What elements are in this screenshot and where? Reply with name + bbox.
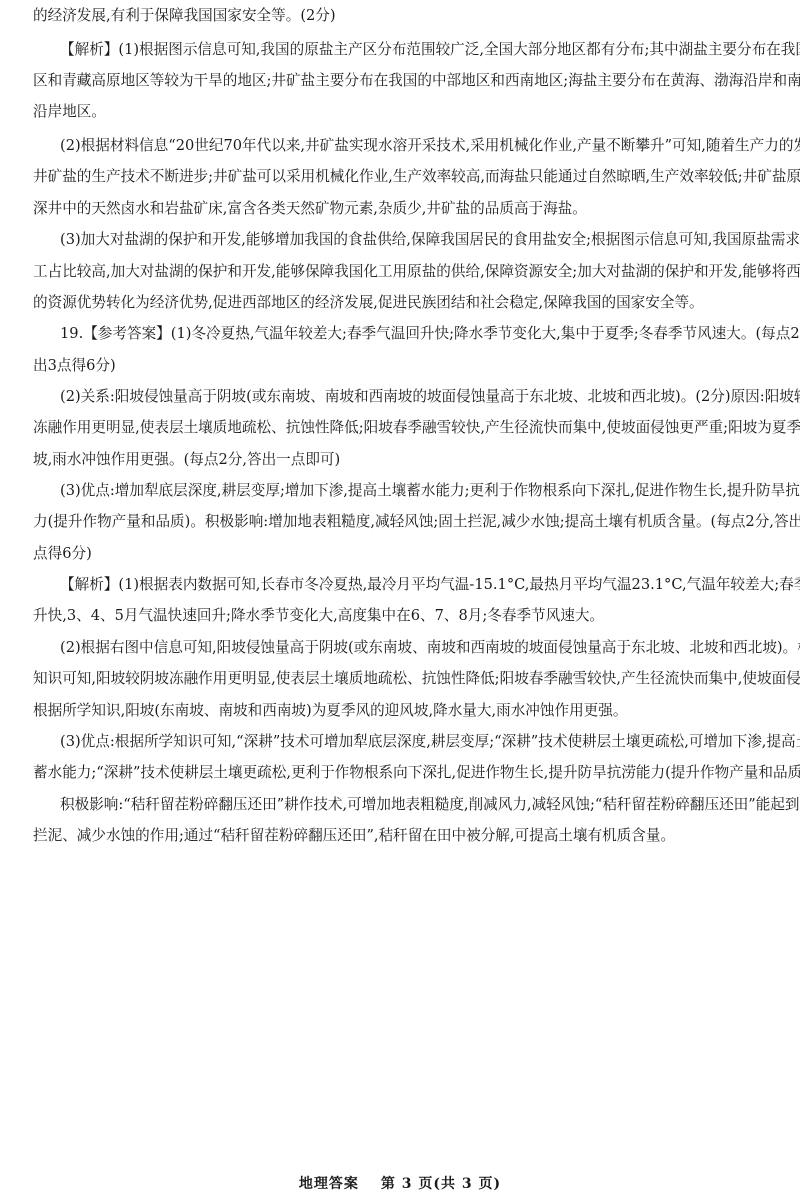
text-line: 知识可知,阳坡较阴坡冻融作用更明显,使表层土壤质地疏松、抗蚀性降低;阳坡春季融雪… — [33, 669, 771, 689]
text-line: 拦泥、减少水蚀的作用;通过“秸秆留茬粉碎翻压还田”,秸秆留在田中被分解,可提高土… — [33, 826, 771, 846]
text-line: 的资源优势转化为经济优势,促进西部地区的经济发展,促进民族团结和社会稳定,保障我… — [33, 293, 771, 313]
text-line: 区和青藏高原地区等较为干旱的地区;井矿盐主要分布在我国的中部地区和西南地区;海盐… — [33, 71, 771, 91]
text-line: 的经济发展,有利于保障我国国家安全等。(2分) — [33, 6, 771, 26]
text-line: (3)优点:根据所学知识可知,“深耕”技术可增加犁底层深度,耕层变厚;“深耕”技… — [60, 732, 771, 752]
text-line: 点得6分) — [33, 544, 771, 564]
text-line: 冻融作用更明显,使表层土壤质地疏松、抗蚀性降低;阳坡春季融雪较快,产生径流快而集… — [33, 418, 771, 438]
text-line: 出3点得6分) — [33, 356, 771, 376]
text-line: 井矿盐的生产技术不断进步;井矿盐可以采用机械化作业,生产效率较高,而海盐只能通过… — [33, 167, 771, 187]
footer-page-number: 第 3 页(共 3 页) — [381, 1173, 501, 1193]
text-line: 沿岸地区。 — [33, 102, 771, 122]
text-line: (3)优点:增加犁底层深度,耕层变厚;增加下渗,提高土壤蓄水能力;更利于作物根系… — [60, 481, 771, 501]
text-line: 19.【参考答案】(1)冬冷夏热,气温年较差大;春季气温回升快;降水季节变化大,… — [60, 324, 771, 344]
text-line: 深井中的天然卤水和岩盐矿床,富含各类天然矿物元素,杂质少,井矿盐的品质高于海盐。 — [33, 199, 771, 219]
text-line: (2)关系:阳坡侵蚀量高于阴坡(或东南坡、南坡和西南坡的坡面侵蚀量高于东北坡、北… — [60, 387, 771, 407]
text-line: (2)根据材料信息“20世纪70年代以来,井矿盐实现水溶开采技术,采用机械化作业… — [60, 136, 771, 156]
text-line: 坡,雨水冲蚀作用更强。(每点2分,答出一点即可) — [33, 450, 771, 470]
text-line: 蓄水能力;“深耕”技术使耕层土壤更疏松,更利于作物根系向下深扎,促进作物生长,提… — [33, 763, 771, 783]
text-line: 【解析】(1)根据图示信息可知,我国的原盐主产区分布范围较广泛,全国大部分地区都… — [60, 40, 771, 60]
text-line: (3)加大对盐湖的保护和开发,能够增加我国的食盐供给,保障我国居民的食用盐安全;… — [60, 230, 771, 250]
footer-subject: 地理答案 — [299, 1173, 359, 1193]
answer-page: 的经济发展,有利于保障我国国家安全等。(2分)【解析】(1)根据图示信息可知,我… — [0, 0, 800, 1199]
text-line: 工占比较高,加大对盐湖的保护和开发,能够保障我国化工用原盐的供给,保障资源安全;… — [33, 262, 771, 282]
text-line: 积极影响:“秸秆留茬粉碎翻压还田”耕作技术,可增加地表粗糙度,削减风力,减轻风蚀… — [60, 795, 771, 815]
text-line: 升快,3、4、5月气温快速回升;降水季节变化大,高度集中在6、7、8月;冬春季节… — [33, 606, 771, 626]
text-line: 【解析】(1)根据表内数据可知,长春市冬冷夏热,最冷月平均气温-15.1°C,最… — [60, 575, 771, 595]
text-line: (2)根据右图中信息可知,阳坡侵蚀量高于阴坡(或东南坡、南坡和西南坡的坡面侵蚀量… — [60, 638, 771, 658]
text-line: 根据所学知识,阳坡(东南坡、南坡和西南坡)为夏季风的迎风坡,降水量大,雨水冲蚀作… — [33, 701, 771, 721]
text-line: 力(提升作物产量和品质)。积极影响:增加地表粗糙度,减轻风蚀;固土拦泥,减少水蚀… — [33, 512, 771, 532]
page-footer: 地理答案第 3 页(共 3 页) — [0, 1173, 800, 1193]
